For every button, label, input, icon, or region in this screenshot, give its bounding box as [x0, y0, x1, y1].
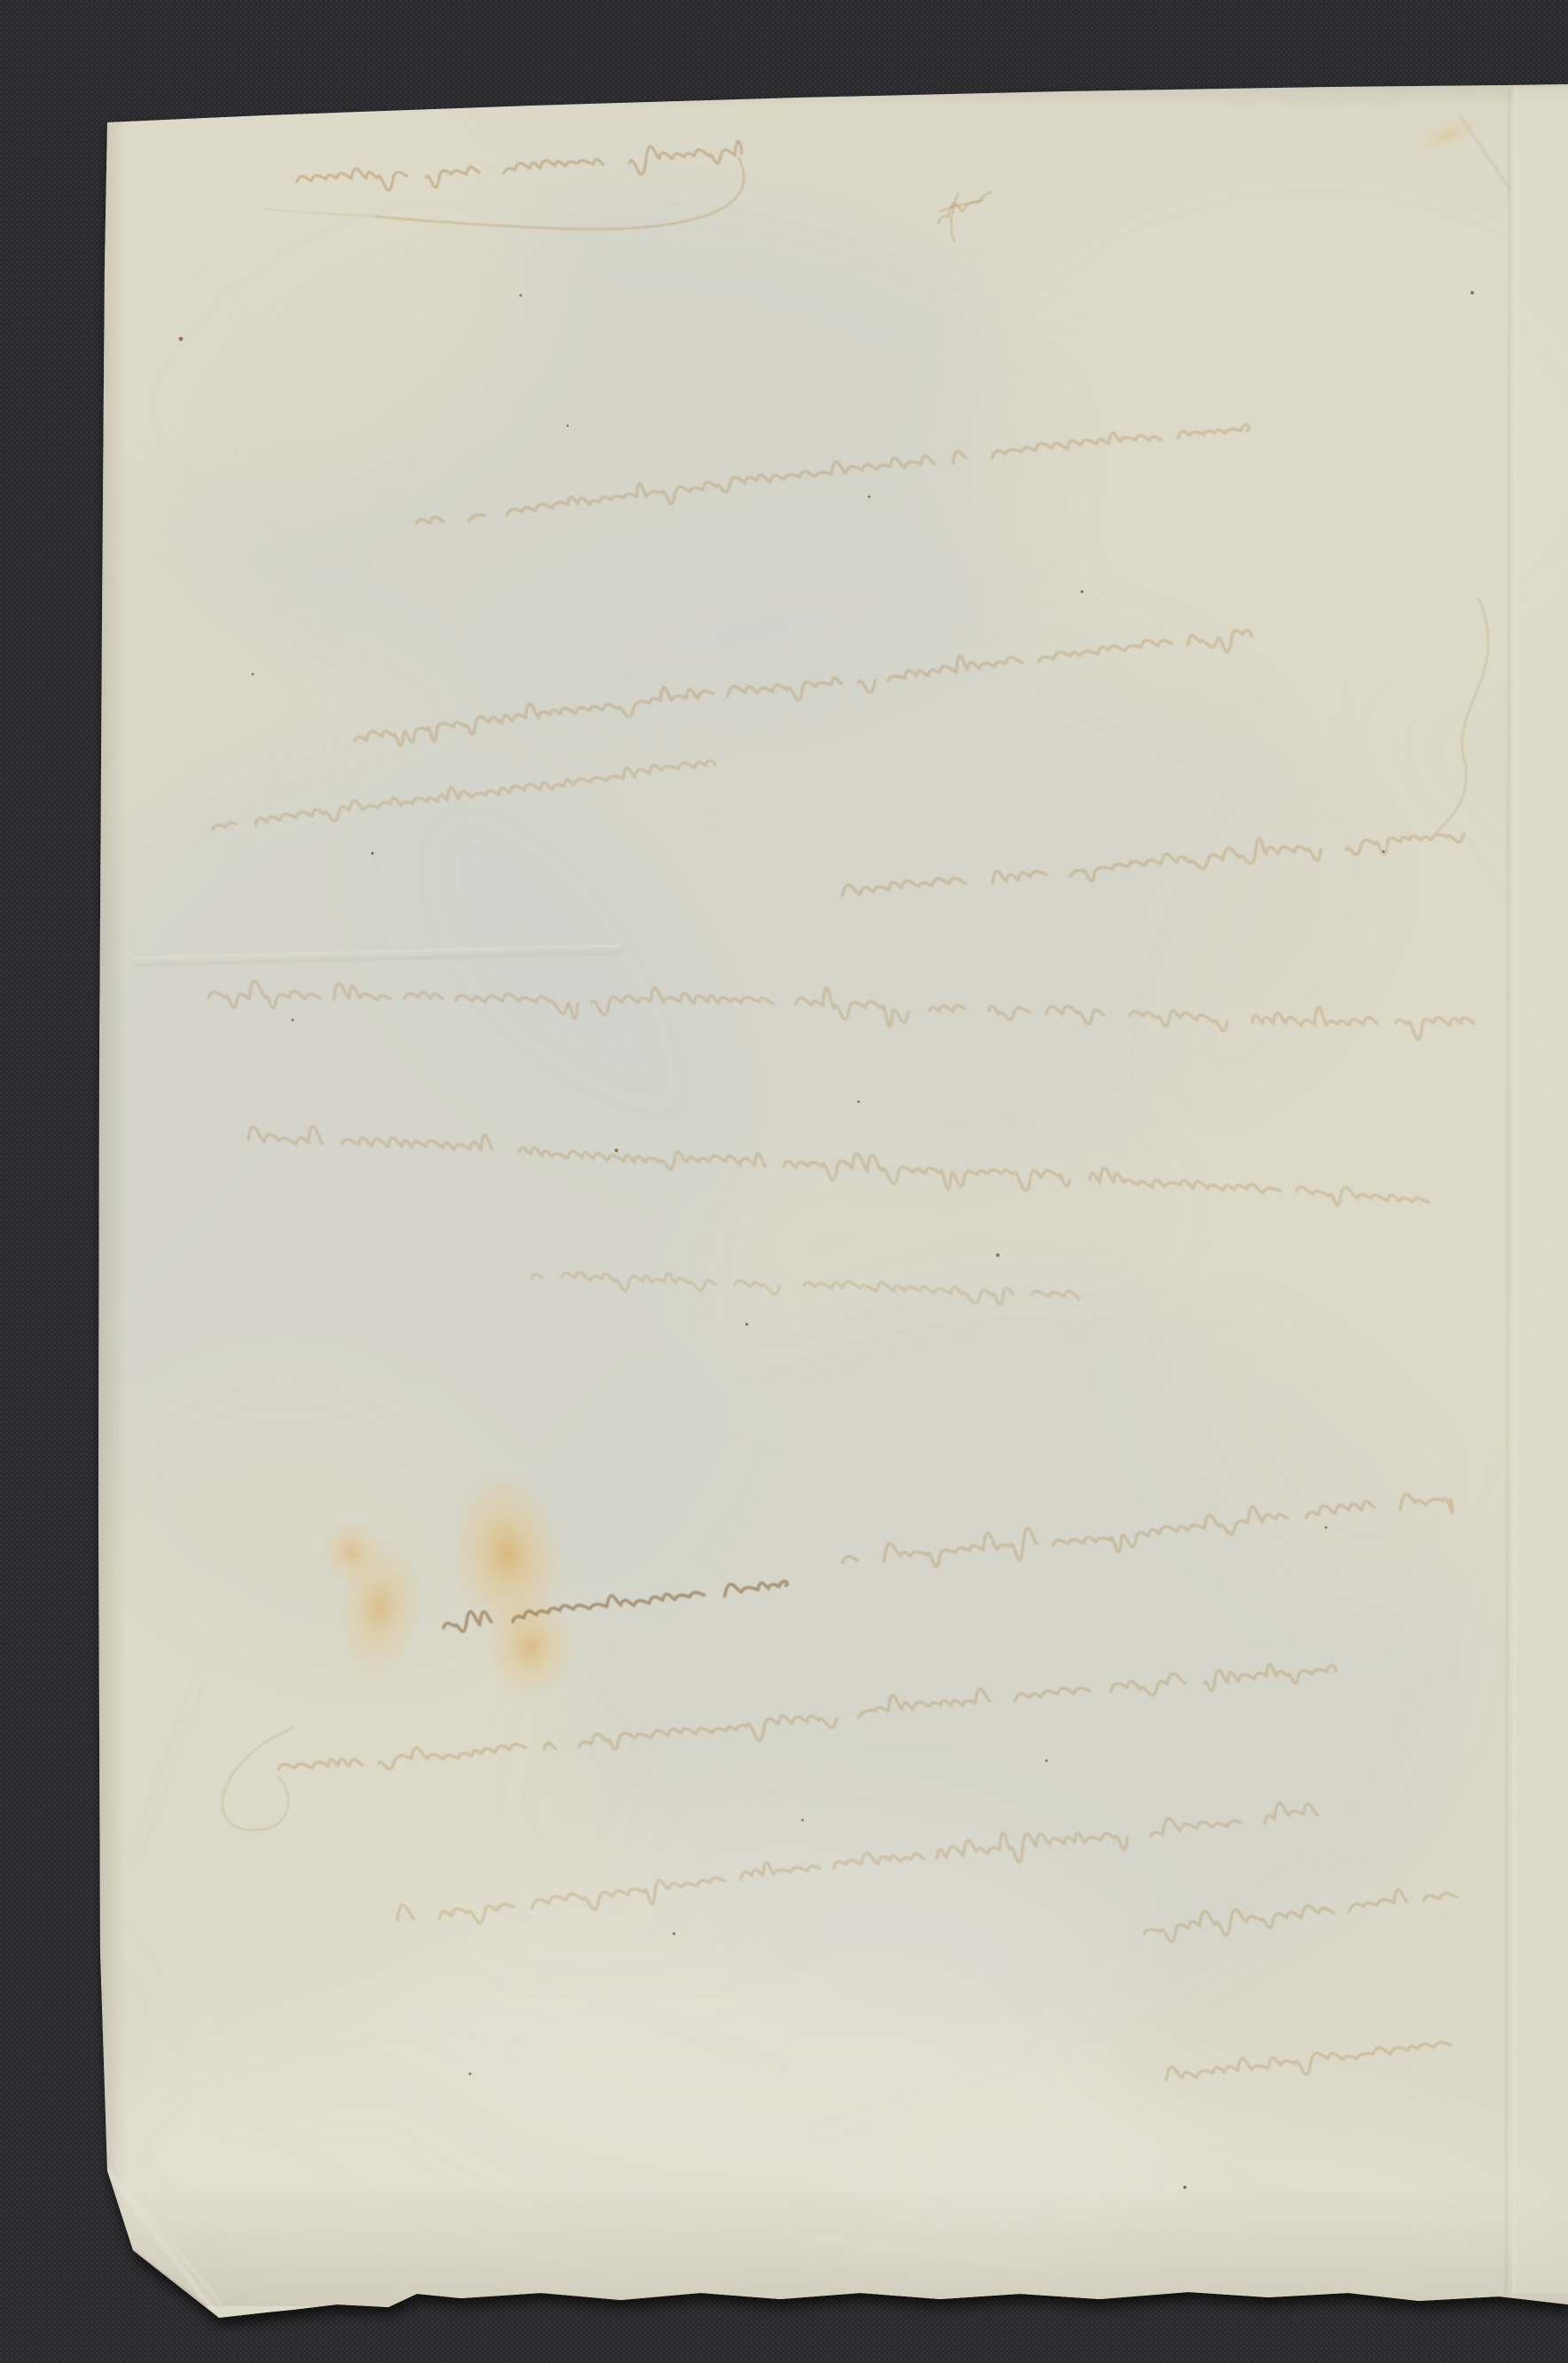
stain-blob — [484, 1593, 576, 1700]
speck — [292, 1019, 294, 1022]
speck — [179, 337, 184, 341]
speck — [868, 496, 871, 499]
scanned-document-page — [0, 0, 1568, 2363]
stain-blob — [319, 1519, 383, 1586]
speck — [615, 1149, 618, 1152]
speck — [520, 294, 522, 297]
speck — [802, 1819, 804, 1822]
speck — [567, 425, 569, 428]
scan-canvas — [0, 0, 1568, 2363]
speck — [252, 673, 255, 676]
speck — [1470, 291, 1474, 294]
speck — [1383, 851, 1385, 853]
paper-grain-texture — [89, 80, 1568, 2324]
speck — [1081, 591, 1084, 593]
speck — [858, 1101, 860, 1103]
speck — [1325, 1527, 1328, 1529]
speck — [372, 852, 374, 855]
speck — [1183, 2186, 1187, 2189]
speck — [469, 2073, 472, 2076]
speck — [746, 1323, 749, 1326]
speck — [996, 1253, 1000, 1257]
speck — [1046, 1760, 1048, 1762]
speck — [672, 1932, 675, 1935]
